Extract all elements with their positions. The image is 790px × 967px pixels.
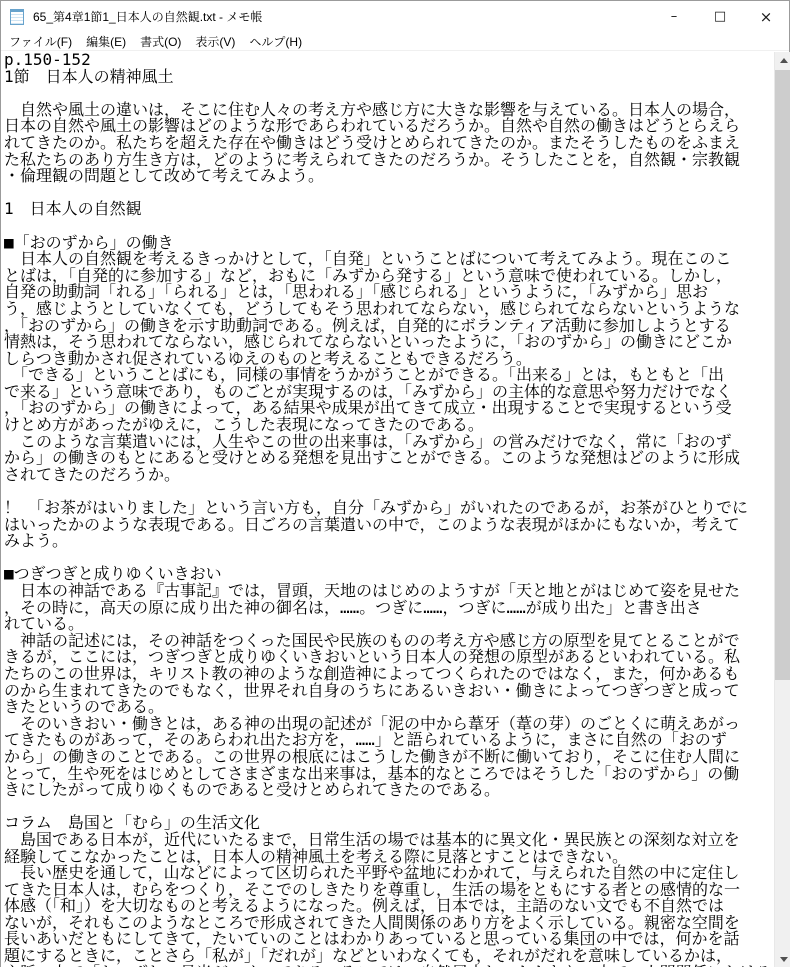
window-controls: – □ × <box>651 1 789 32</box>
menubar: ファイル(F) 編集(E) 書式(O) 表示(V) ヘルプ(H) <box>1 32 789 51</box>
menu-item-format[interactable]: 書式(O) <box>133 31 188 52</box>
minimize-button[interactable]: – <box>651 1 697 32</box>
menu-item-view[interactable]: 表示(V) <box>188 31 242 52</box>
scroll-down-button[interactable] <box>775 951 790 967</box>
scrollbar-thumb[interactable] <box>775 70 790 680</box>
notepad-icon[interactable] <box>10 9 24 25</box>
text-editor[interactable]: p.150-152 1節 日本人の精神風土 自然や風土の違いは，そこに住む人々の… <box>1 52 774 967</box>
menu-item-help[interactable]: ヘルプ(H) <box>242 31 309 52</box>
editor-area: p.150-152 1節 日本人の精神風土 自然や風土の違いは，そこに住む人々の… <box>1 52 790 967</box>
scroll-up-arrow-icon <box>780 58 788 63</box>
vertical-scrollbar[interactable] <box>774 52 790 967</box>
titlebar[interactable]: 65_第4章1節1_日本人の自然観.txt - メモ帳 – □ × <box>1 1 789 32</box>
window-title: 65_第4章1節1_日本人の自然観.txt - メモ帳 <box>33 8 262 25</box>
maximize-button[interactable]: □ <box>697 1 743 32</box>
scroll-up-button[interactable] <box>775 52 790 69</box>
notepad-window: 65_第4章1節1_日本人の自然観.txt - メモ帳 – □ × ファイル(F… <box>0 0 790 967</box>
scroll-down-arrow-icon <box>780 957 788 962</box>
menu-item-edit[interactable]: 編集(E) <box>79 31 133 52</box>
close-button[interactable]: × <box>743 1 789 32</box>
menu-item-file[interactable]: ファイル(F) <box>2 31 79 52</box>
